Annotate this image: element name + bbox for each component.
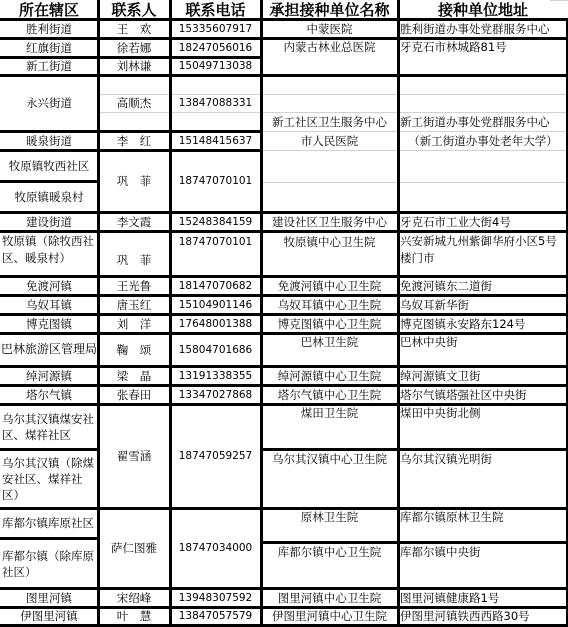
cell-contact: 张春田 (98, 385, 170, 404)
cell-unit: 建设社区卫生服务中心 (261, 212, 398, 231)
cell-district: 伊图里河镇 (0, 607, 98, 625)
cell-contact: 巩 菲 (98, 231, 170, 276)
cell-address: 塔尔气镇塔强社区中央街 (398, 385, 568, 404)
cell-unit: 塔尔气镇中心卫生院 (261, 385, 398, 404)
row-border (0, 332, 568, 335)
cell-phone: 15148415637 (170, 131, 261, 150)
cell-address: 伊图里河镇铁西西路30号 (398, 607, 568, 625)
row-border (0, 180, 98, 183)
row-border (0, 211, 568, 214)
row-border (0, 74, 568, 77)
row-border (0, 587, 568, 590)
cell-phone: 15049713038 (170, 57, 261, 75)
cell-contact: 叶 慧 (98, 607, 170, 625)
row-border (0, 18, 568, 21)
cell-district: 库都尔镇库原社区 (0, 508, 96, 538)
cell-district: 博克图镇 (0, 314, 98, 333)
cell-unit: 伊图里河镇中心卫生院 (261, 607, 398, 625)
cell-district: 胜利街道 (0, 20, 98, 38)
row-border (0, 37, 568, 40)
cell-district: 塔尔气镇 (0, 385, 98, 404)
cell-phone: 15804701686 (170, 333, 261, 366)
header-unit: 承担接种单位名称 (261, 0, 398, 20)
cell-district: 巴林旅游区管理局 (0, 333, 98, 366)
vaccination-sites-table: 所在辖区 联系人 联系电话 承担接种单位名称 接种单位地址 胜利街道 王 欢 1… (0, 0, 568, 627)
cell-contact: 翟雪涵 (98, 404, 170, 508)
cell-unit: 原林卫生院 (261, 508, 398, 542)
cell-phone: 18747070101 (170, 150, 261, 212)
cell-address: 胜利街道办事处党群服务中心 (398, 20, 568, 38)
cell-contact: 刘 洋 (98, 314, 170, 333)
cell-phone: 13191338355 (170, 366, 261, 385)
cell-address: 牙克石市工业大街4号 (398, 212, 568, 231)
cell-address: 巴林中央街 (398, 333, 568, 366)
cell-contact: 巩 菲 (98, 150, 170, 212)
cell-phone: 17648001388 (170, 314, 261, 333)
gridline (261, 131, 568, 132)
row-border (261, 541, 568, 544)
cell-district: 牧原镇暖泉村 (0, 182, 98, 212)
row-border (0, 448, 98, 451)
cell-phone: 18747034000 (170, 508, 261, 588)
cell-phone: 13847057579 (170, 607, 261, 625)
row-border (0, 507, 568, 510)
cell-district: 牧原镇（除牧西社区、暖泉村） (0, 231, 96, 276)
cell-unit: 免渡河镇中心卫生院 (261, 276, 398, 295)
header-district: 所在辖区 (0, 0, 98, 20)
cell-unit: 巴林卫生院 (261, 333, 398, 366)
cell-contact: 李文霞 (98, 212, 170, 231)
row-border (0, 606, 568, 609)
cell-address: 博克图镇永安路东124号 (398, 314, 568, 333)
cell-unit: 新工社区卫生服务中心 (261, 112, 398, 131)
row-border (0, 130, 261, 133)
cell-district: 红旗街道 (0, 38, 98, 57)
cell-unit: 市人民医院 (261, 131, 398, 150)
row-border (0, 230, 568, 233)
gridline (261, 182, 568, 183)
cell-district: 乌尔其汉镇煤安社区、煤祥社区 (0, 404, 96, 449)
cell-address: 新工街道办事处党群服务中心 (398, 112, 568, 131)
cell-address: 煤田中央街北侧 (398, 404, 568, 449)
cell-district: 库都尔镇（除库原社区） (0, 539, 96, 588)
cell-phone: 15104901146 (170, 295, 261, 314)
cell-contact: 鞠 颂 (98, 333, 170, 366)
cell-phone: 18747070101 (170, 231, 261, 276)
cell-address: （新工街道办事处老年大学） (398, 131, 568, 150)
row-border (0, 294, 568, 297)
header-phone: 联系电话 (170, 0, 261, 20)
cell-district: 乌奴耳镇 (0, 295, 98, 314)
row-border (0, 403, 568, 406)
cell-address: 图里河镇健康路1号 (398, 588, 568, 607)
row-border (0, 384, 568, 387)
cell-district: 牧原镇牧西社区 (0, 150, 98, 181)
row-border (0, 149, 261, 152)
cell-phone: 18747059257 (170, 404, 261, 508)
cell-contact: 萨仁图雅 (98, 508, 170, 588)
cell-unit: 牧原镇中心卫生院 (261, 231, 398, 276)
cell-district: 建设街道 (0, 212, 98, 231)
row-border (0, 275, 568, 278)
cell-address: 乌奴耳新华街 (398, 295, 568, 314)
cell-contact: 王 欢 (98, 20, 170, 38)
cell-address: 库都尔镇原林卫生院 (398, 508, 568, 542)
cell-phone: 18147070682 (170, 276, 261, 295)
cell-address: 乌尔其汉镇光明街 (398, 450, 568, 508)
cell-contact: 宋绍峰 (98, 588, 170, 607)
cell-district: 图里河镇 (0, 588, 98, 607)
cell-contact: 王光鲁 (98, 276, 170, 295)
cell-contact: 李 红 (98, 131, 170, 150)
row-border (0, 537, 98, 540)
cell-phone: 18247056016 (170, 38, 261, 57)
cell-address: 免渡河镇东二道街 (398, 276, 568, 295)
gridline (261, 150, 568, 151)
gridline (550, 0, 568, 1)
cell-unit: 乌奴耳镇中心卫生院 (261, 295, 398, 314)
cell-phone: 15248384159 (170, 212, 261, 231)
row-border (0, 313, 568, 316)
cell-address: 牙克石市林城路81号 (398, 38, 568, 75)
row-border (0, 56, 261, 59)
cell-contact: 高顺杰 (98, 75, 170, 131)
cell-unit: 博克图镇中心卫生院 (261, 314, 398, 333)
row-border (0, 365, 568, 368)
header-address: 接种单位地址 (398, 0, 568, 20)
cell-unit: 图里河镇中心卫生院 (261, 588, 398, 607)
cell-district: 绰河源镇 (0, 366, 98, 385)
cell-unit: 绰河源镇中心卫生院 (261, 366, 398, 385)
cell-contact: 徐若娜 (98, 38, 170, 57)
cell-unit: 库都尔镇中心卫生院 (261, 543, 398, 588)
cell-district: 新工街道 (0, 57, 98, 75)
cell-contact: 唐玉红 (98, 295, 170, 314)
cell-phone: 13847088331 (170, 75, 261, 131)
cell-address: 兴安新城九州紫御华府小区5号楼门市 (398, 231, 568, 276)
cell-district: 乌尔其汉镇（除煤安社区、煤祥社区） (0, 449, 96, 508)
cell-unit: 煤田卫生院 (261, 404, 398, 449)
cell-unit: 中蒙医院 (261, 20, 398, 38)
cell-phone: 13948307592 (170, 588, 261, 607)
cell-district: 永兴街道 (0, 75, 98, 131)
cell-address: 库都尔镇中央街 (398, 543, 568, 588)
cell-unit: 内蒙古林业总医院 (261, 38, 398, 75)
cell-contact: 梁 晶 (98, 366, 170, 385)
header-contact: 联系人 (98, 0, 170, 20)
cell-district: 暖泉街道 (0, 131, 98, 150)
row-border (261, 448, 568, 451)
cell-phone: 13347027868 (170, 385, 261, 404)
cell-contact: 刘林谦 (98, 57, 170, 75)
cell-district: 免渡河镇 (0, 276, 98, 295)
cell-address: 绰河源镇文卫街 (398, 366, 568, 385)
cell-phone: 15335607917 (170, 20, 261, 38)
cell-unit: 乌尔其汉镇中心卫生院 (261, 450, 398, 508)
